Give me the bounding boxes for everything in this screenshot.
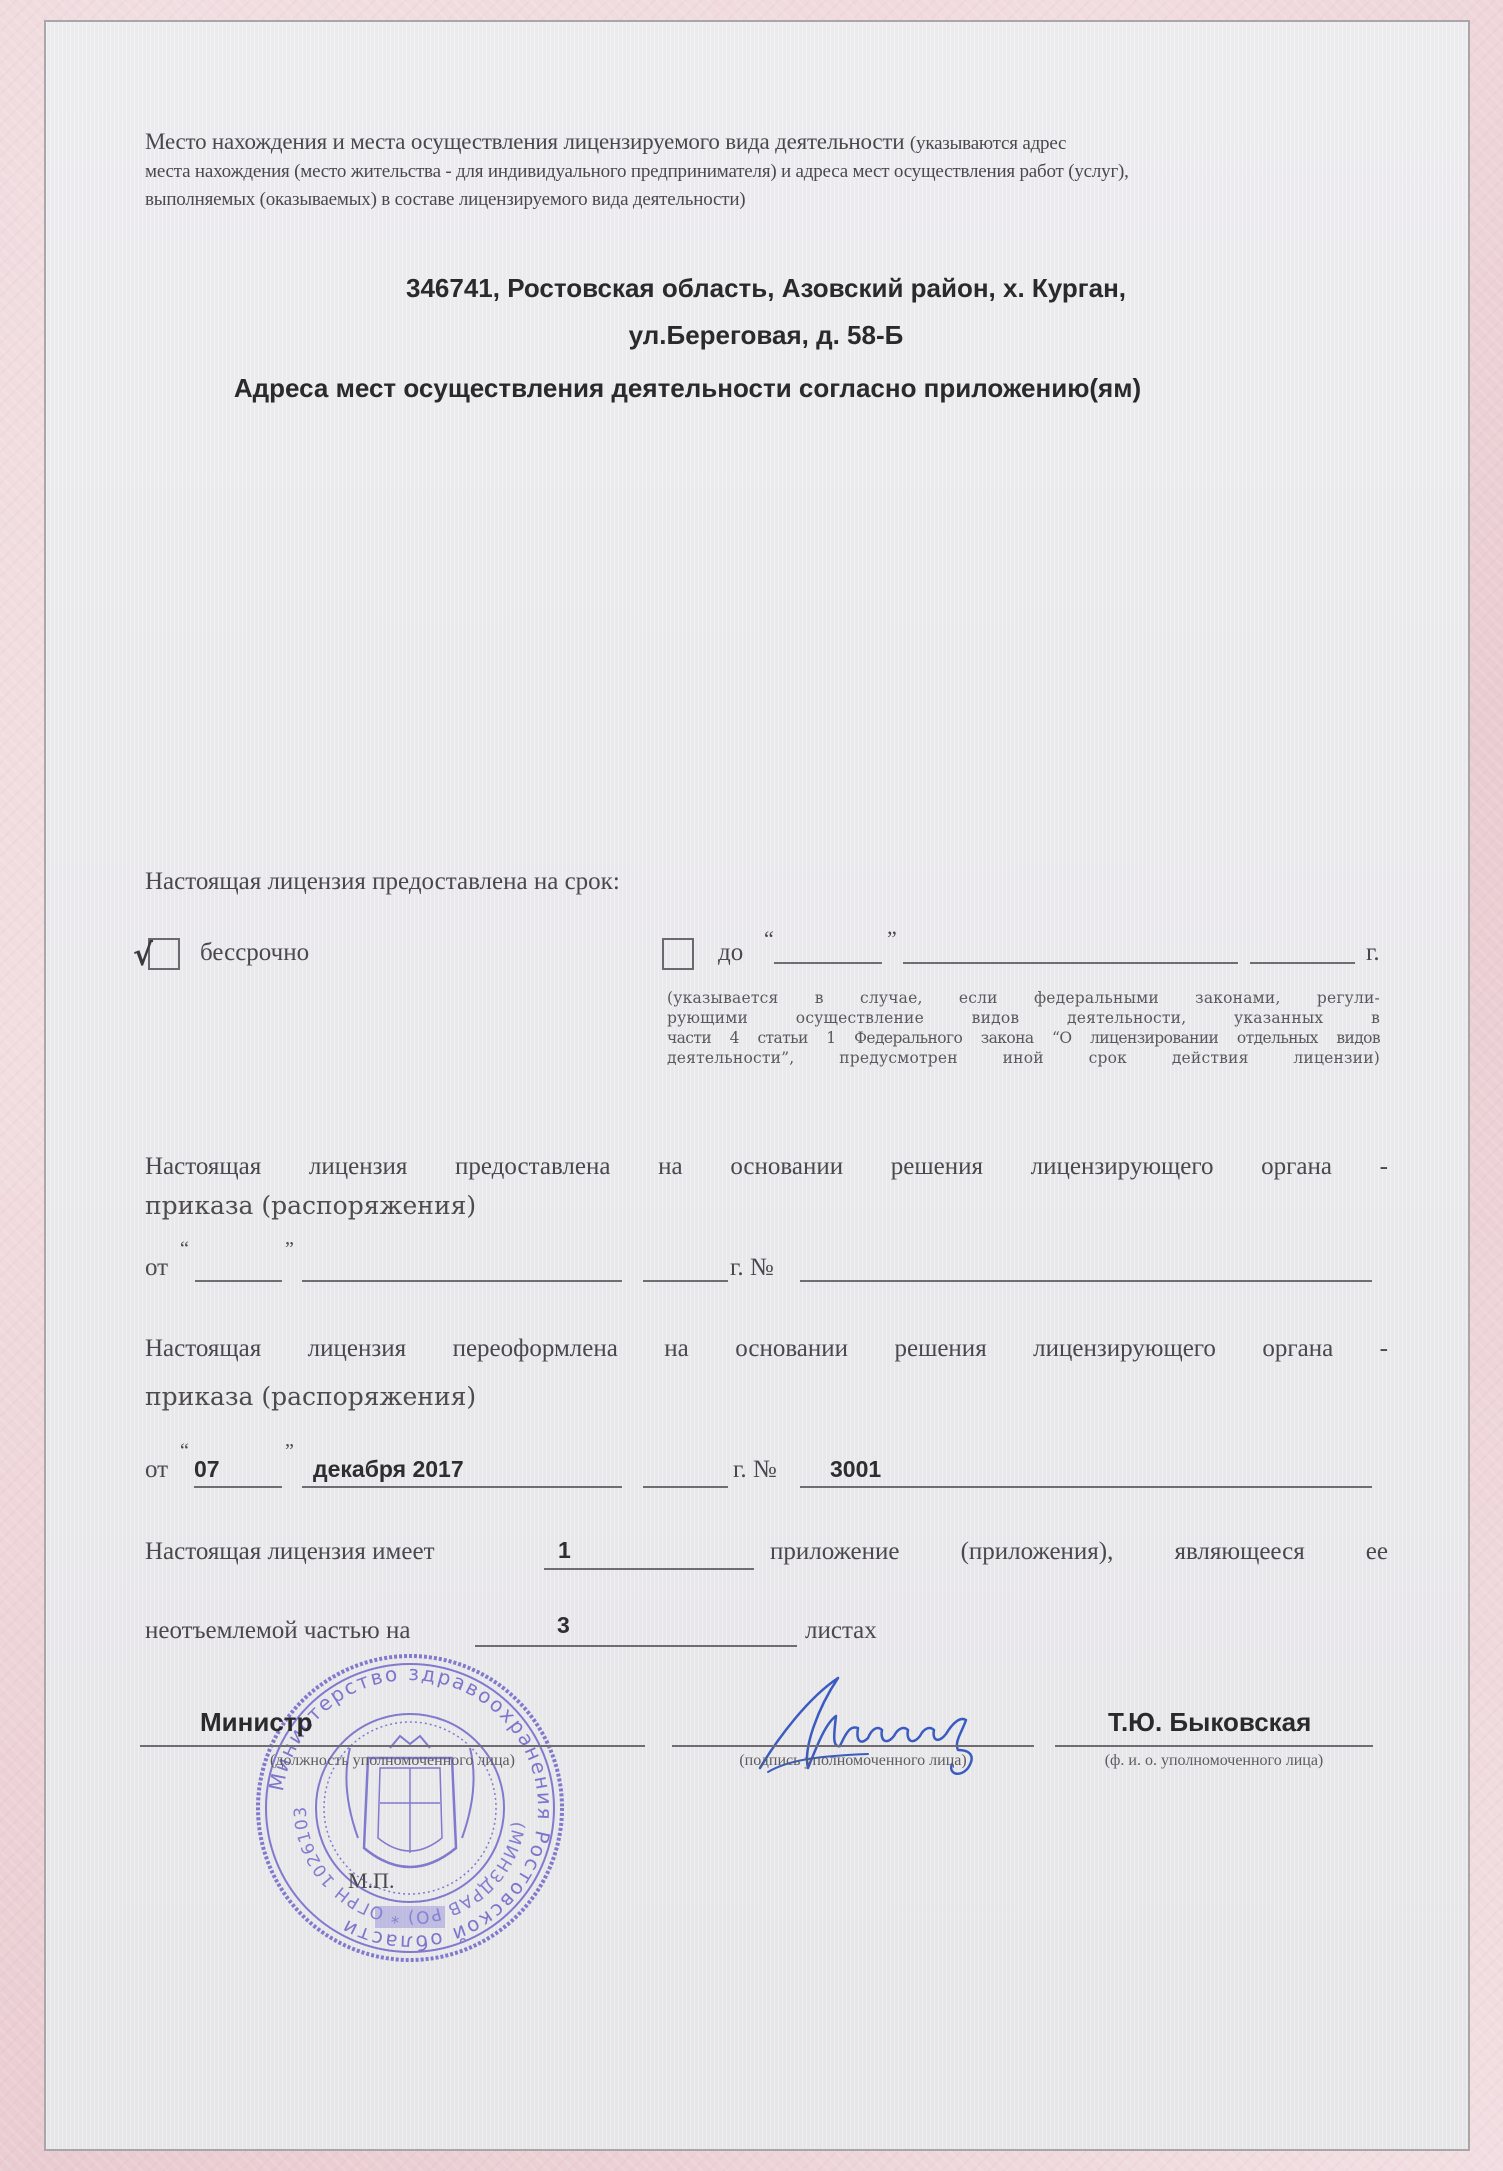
indefinite-label: бессрочно (200, 939, 309, 967)
signer-name-value: Т.Ю. Быковская (1108, 1707, 1311, 1738)
attachments-sheets-prefix: неотъемлемой частью на (145, 1617, 410, 1645)
granted-year-field[interactable] (643, 1280, 728, 1282)
year-suffix: г. (1366, 939, 1380, 967)
granted-month-field[interactable] (302, 1280, 622, 1282)
until-month-field[interactable] (903, 962, 1238, 964)
activity-addresses-note: Адреса мест осуществления деятельности с… (145, 373, 1230, 404)
until-label: до (718, 939, 743, 967)
reissued-day-field[interactable] (194, 1486, 282, 1488)
signature-caption: (подпись уполномоченного лица) (672, 1752, 1034, 1770)
handwritten-signature-icon (748, 1668, 1008, 1788)
signer-name-caption: (ф. и. о. уполномоченного лица) (1055, 1752, 1373, 1770)
granted-number-field[interactable] (800, 1280, 1372, 1282)
reissued-basis-line2: приказа (распоряжения) (145, 1382, 476, 1411)
reissued-month-field[interactable] (302, 1486, 622, 1488)
term-title: Настоящая лицензия предоставлена на срок… (145, 868, 620, 896)
checkmark-icon: √ (133, 938, 153, 973)
address-line-2: ул.Береговая, д. 58-Б (145, 320, 1387, 351)
heading-main: Место нахождения и места осуществления л… (145, 129, 904, 154)
sheets-count-value: 3 (557, 1612, 570, 1639)
quote-close: ” (285, 1440, 294, 1463)
attachments-suffix: приложение (приложения), являющееся ее (770, 1538, 1388, 1566)
granted-basis-line1: Настоящая лицензия предоставлена на осно… (145, 1153, 1388, 1181)
stamp-place-label: М.П. (348, 1868, 394, 1894)
position-caption: (должность уполномоченного лица) (140, 1752, 645, 1770)
reissued-month-value: декабря 2017 (313, 1456, 464, 1483)
year-number-label: г. № (733, 1456, 777, 1484)
term-note-line: части 4 статьи 1 Федерального закона “О … (667, 1028, 1380, 1048)
term-note-line: (указывается в случае, если федеральными… (667, 988, 1380, 1008)
quote-open: “ (180, 1238, 189, 1261)
attachments-prefix: Настоящая лицензия имеет (145, 1538, 435, 1566)
granted-day-field[interactable] (195, 1280, 282, 1282)
heading-note-line3: выполняемых (оказываемых) в составе лице… (145, 186, 1387, 214)
year-number-label: г. № (730, 1254, 774, 1282)
position-value: Министр (200, 1707, 312, 1738)
signature-field (672, 1745, 1034, 1747)
term-note: (указывается в случае, если федеральными… (667, 988, 1380, 1068)
reissued-basis-line1: Настоящая лицензия переоформлена на осно… (145, 1335, 1388, 1363)
location-heading: Место нахождения и места осуществления л… (145, 128, 1387, 214)
from-label: от (145, 1254, 168, 1281)
attachments-count-value: 1 (558, 1537, 571, 1564)
reissued-number-field[interactable] (800, 1486, 1372, 1488)
granted-order-row: от (145, 1254, 168, 1282)
address-line-1: 346741, Ростовская область, Азовский рай… (145, 273, 1387, 304)
granted-basis-line2: приказа (распоряжения) (145, 1191, 476, 1220)
signer-name-field (1055, 1745, 1373, 1747)
attachments-count-field[interactable] (544, 1568, 754, 1570)
heading-note-line2: места нахождения (место жительства - для… (145, 158, 1387, 186)
position-field (140, 1745, 645, 1747)
until-day-field[interactable] (774, 962, 882, 964)
attachments-sheets-suffix: листах (805, 1617, 877, 1645)
quote-open: “ (764, 926, 774, 952)
reissued-number-value: 3001 (830, 1456, 881, 1483)
term-note-line: рующими осуществление видов деятельности… (667, 1008, 1380, 1028)
quote-open: “ (180, 1440, 189, 1463)
reissued-year-field[interactable] (643, 1486, 728, 1488)
sheets-count-field[interactable] (475, 1645, 797, 1647)
reissued-day-value: 07 (194, 1456, 220, 1483)
from-label: от (145, 1456, 168, 1484)
official-seal-icon: Министерство здравоохранения Ростовской … (250, 1648, 570, 1968)
quote-close: ” (887, 926, 897, 952)
term-note-line: деятельности”, предусмотрен иной срок де… (667, 1048, 1380, 1068)
heading-note-start: (указываются адрес (910, 133, 1066, 154)
until-year-field[interactable] (1250, 962, 1355, 964)
until-date-checkbox[interactable] (662, 938, 694, 970)
quote-close: ” (285, 1238, 294, 1261)
